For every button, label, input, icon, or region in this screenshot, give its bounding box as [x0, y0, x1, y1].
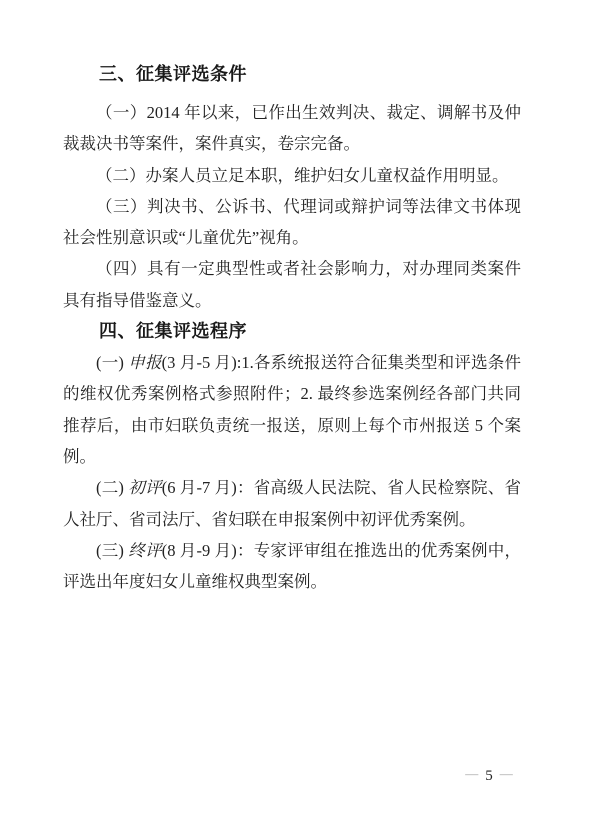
- page-number-dash-left: —: [465, 766, 478, 781]
- emphasis-term-chuping: 初评: [128, 478, 161, 497]
- page-number-dash-right: —: [500, 766, 513, 781]
- emphasis-term-zhongping: 终评: [128, 541, 161, 560]
- document-page: 三、征集评选条件 （一）2014 年以来，已作出生效判决、裁定、调解书及仲裁裁决…: [0, 0, 591, 833]
- page-number: 5: [485, 768, 493, 784]
- paragraph-criteria-4: （四）具有一定典型性或者社会影响力，对办理同类案件具有指导借鉴意义。: [63, 253, 521, 316]
- paragraph-procedure-2: (二) 初评(6 月-7 月)：省高级人民法院、省人民检察院、省人社厅、省司法厅…: [63, 472, 521, 535]
- section-heading-selection-procedure: 四、征集评选程序: [63, 316, 521, 347]
- page-footer: —5—: [449, 766, 529, 786]
- item-number-label: (一): [96, 353, 128, 372]
- paragraph-criteria-1: （一）2014 年以来，已作出生效判决、裁定、调解书及仲裁裁决书等案件，案件真实…: [63, 97, 521, 160]
- document-body: 三、征集评选条件 （一）2014 年以来，已作出生效判决、裁定、调解书及仲裁裁决…: [63, 59, 521, 597]
- section-heading-collection-criteria: 三、征集评选条件: [63, 59, 521, 90]
- emphasis-term-shenbao: 申报: [128, 353, 161, 372]
- item-number-label: (二): [96, 478, 128, 497]
- paragraph-criteria-3: （三）判决书、公诉书、代理词或辩护词等法律文书体现社会性别意识或“儿童优先”视角…: [63, 191, 521, 254]
- paragraph-procedure-1: (一) 申报(3 月-5 月):1.各系统报送符合征集类型和评选条件的维权优秀案…: [63, 347, 521, 472]
- paragraph-criteria-2: （二）办案人员立足本职，维护妇女儿童权益作用明显。: [63, 160, 521, 191]
- item-number-label: (三): [96, 541, 128, 560]
- paragraph-procedure-3: (三) 终评(8 月-9 月)：专家评审组在推选出的优秀案例中，评选出年度妇女儿…: [63, 535, 521, 598]
